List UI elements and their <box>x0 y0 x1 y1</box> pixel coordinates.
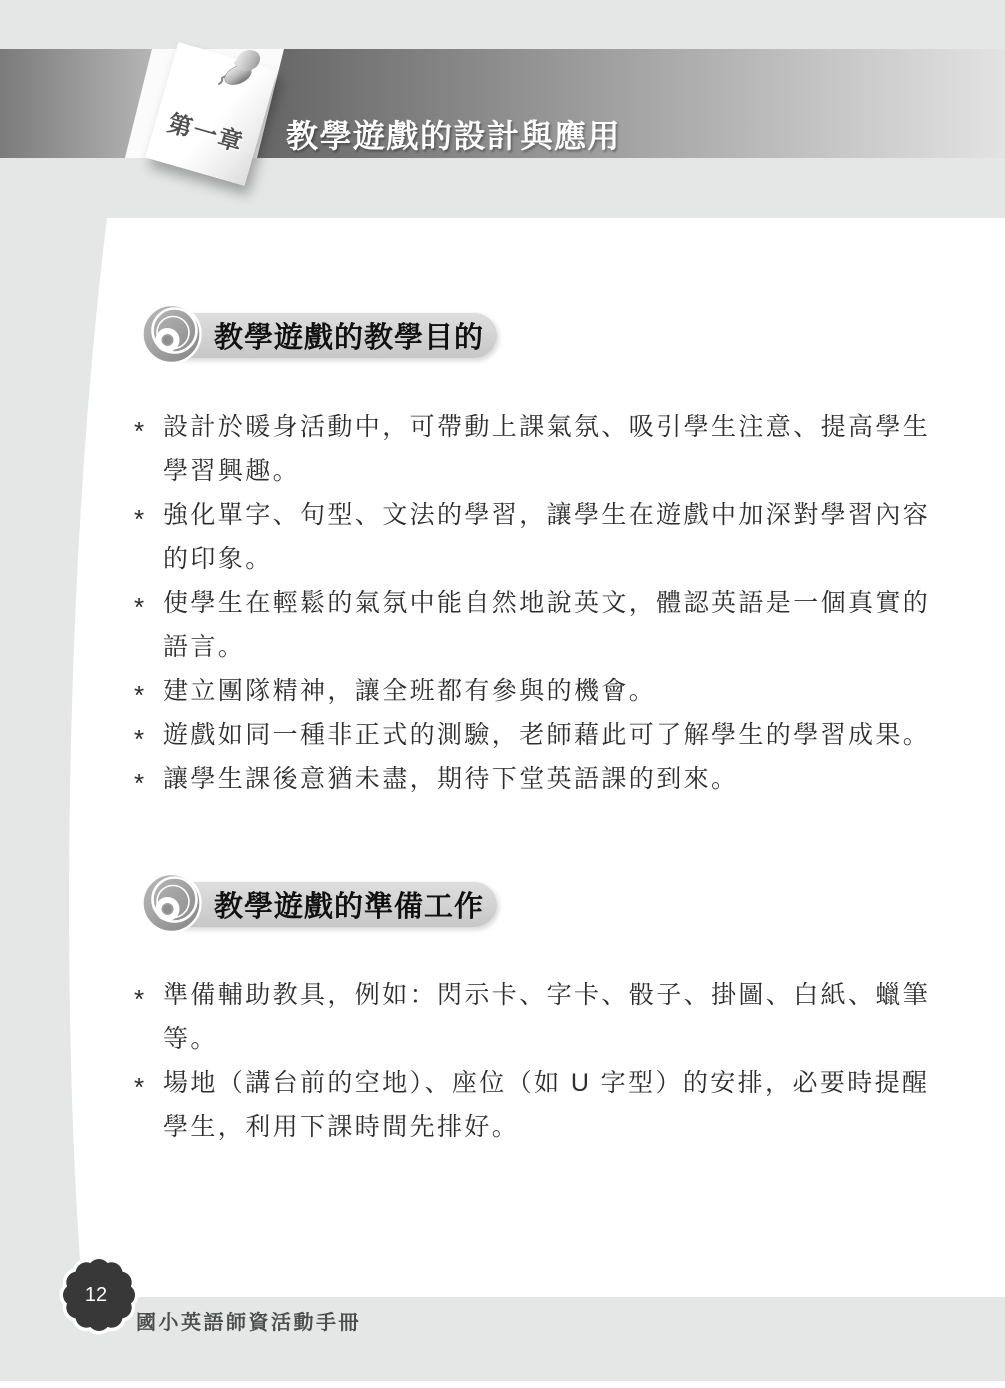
chapter-label: 第一章 <box>152 100 261 162</box>
bullet-list-teaching-purposes: * 設計於暖身活動中，可帶動上課氣氛、吸引學生注意、提高學生 學習興趣。 * 強… <box>134 405 999 801</box>
asterisk-bullet: * <box>134 977 163 1021</box>
list-item: * 設計於暖身活動中，可帶動上課氣氛、吸引學生注意、提高學生 學習興趣。 <box>134 405 999 493</box>
asterisk-bullet: * <box>134 673 163 717</box>
book-title: 國小英語師資活動手冊 <box>136 1306 361 1335</box>
asterisk-bullet: * <box>134 585 163 629</box>
section-heading: 教學遊戲的教學目的 <box>214 315 484 356</box>
list-item: * 準備輔助教具，例如：閃示卡、字卡、骰子、掛圖、白紙、蠟筆 等。 <box>134 973 999 1061</box>
list-item: * 遊戲如同一種非正式的測驗，老師藉此可了解學生的學習成果。 <box>134 713 999 757</box>
bullet-text: 遊戲如同一種非正式的測驗，老師藉此可了解學生的學習成果。 <box>163 713 930 757</box>
asterisk-bullet: * <box>134 409 163 453</box>
book-page: 第一章 教學遊戲的設計與應用 教學遊戲的教學目的 <box>0 0 1005 1388</box>
pushpin-icon <box>210 48 268 102</box>
list-item: * 建立團隊精神，讓全班都有參與的機會。 <box>134 669 999 713</box>
list-item: * 強化單字、句型、文法的學習，讓學生在遊戲中加深對學習內容 的印象。 <box>134 493 999 581</box>
concentric-circles-icon <box>140 302 203 365</box>
concentric-circles-icon <box>140 871 203 934</box>
page-number: 12 <box>85 1284 107 1306</box>
asterisk-bullet: * <box>134 717 163 761</box>
asterisk-bullet: * <box>134 1065 163 1109</box>
asterisk-bullet: * <box>134 761 163 805</box>
flower-page-badge-icon: 12 <box>57 1253 141 1337</box>
list-item: * 使學生在輕鬆的氣氛中能自然地說英文，體認英語是一個真實的 語言。 <box>134 581 999 669</box>
section-heading: 教學遊戲的準備工作 <box>214 884 484 925</box>
bullet-text: 使學生在輕鬆的氣氛中能自然地說英文，體認英語是一個真實的 語言。 <box>163 581 930 669</box>
bullet-text: 準備輔助教具，例如：閃示卡、字卡、骰子、掛圖、白紙、蠟筆 等。 <box>163 973 930 1061</box>
bottom-white-strip <box>0 1381 1005 1388</box>
chapter-title: 教學遊戲的設計與應用 <box>286 111 621 157</box>
section-heading-pill-preparation: 教學遊戲的準備工作 <box>170 881 497 927</box>
section-heading-pill-purposes: 教學遊戲的教學目的 <box>170 312 497 358</box>
bullet-text: 強化單字、句型、文法的學習，讓學生在遊戲中加深對學習內容 的印象。 <box>163 493 930 581</box>
list-item: * 場地（講台前的空地）、座位（如 U 字型）的安排，必要時提醒 學生，利用下課… <box>134 1061 999 1149</box>
bullet-text: 讓學生課後意猶未盡，期待下堂英語課的到來。 <box>163 757 738 801</box>
bullet-text: 場地（講台前的空地）、座位（如 U 字型）的安排，必要時提醒 學生，利用下課時間… <box>163 1061 929 1149</box>
list-item: * 讓學生課後意猶未盡，期待下堂英語課的到來。 <box>134 757 999 801</box>
bullet-text: 設計於暖身活動中，可帶動上課氣氛、吸引學生注意、提高學生 學習興趣。 <box>163 405 930 493</box>
asterisk-bullet: * <box>134 497 163 541</box>
bullet-text: 建立團隊精神，讓全班都有參與的機會。 <box>163 669 656 713</box>
bullet-list-preparation: * 準備輔助教具，例如：閃示卡、字卡、骰子、掛圖、白紙、蠟筆 等。 * 場地（講… <box>134 973 999 1149</box>
